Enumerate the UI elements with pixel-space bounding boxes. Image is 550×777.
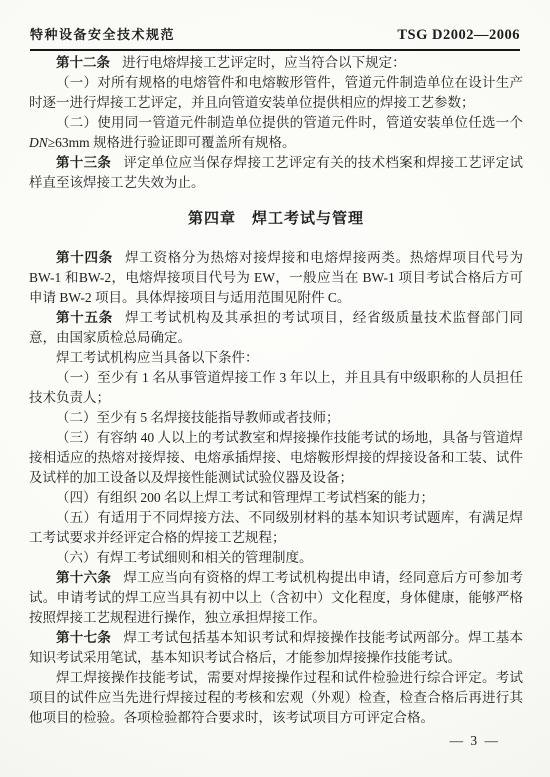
paragraph: 第十三条评定单位应当保存焊接工艺评定有关的技术档案和焊接工艺评定试样直至该焊接工… <box>29 153 523 193</box>
paragraph: （五）有适用于不同焊接方法、不同级别材料的基本知识考试题库，有满足焊工考试要求并… <box>29 508 523 548</box>
term-italic: DN <box>29 135 48 150</box>
text-run: （四）有组织 200 名以上焊工考试和管理焊工考试档案的能力； <box>56 490 434 505</box>
text-run: （二）至少有 5 名焊接技能指导教师或者技师； <box>56 410 340 425</box>
paragraph: （一）对所有规格的电熔管件和电熔鞍形管件，管道元件制造单位在设计生产时逐一进行焊… <box>29 73 523 113</box>
paragraph: （三）有容纳 40 人以上的考试教室和焊接操作技能考试的场地，具备与管道焊接相适… <box>29 428 523 488</box>
article-number: 第十六条 <box>56 570 111 585</box>
header-standard-code: TSG D2002—2006 <box>397 27 520 44</box>
article-number: 第十三条 <box>56 155 111 170</box>
paragraph: 第十五条焊工考试机构及其承担的考试项目，经省级质量技术监督部门同意，由国家质检总… <box>29 308 523 348</box>
paragraph: 焊工焊接操作技能考试，需要对焊接操作过程和试件检验进行综合评定。考试项目的试件应… <box>29 668 523 728</box>
paragraph: （四）有组织 200 名以上焊工考试和管理焊工考试档案的能力； <box>29 488 523 508</box>
text-run: 焊工考试机构应当具备以下条件： <box>56 350 259 365</box>
paragraph: 第十六条焊工应当向有资格的焊工考试机构提出申请，经同意后方可参加考试。申请考试的… <box>29 568 523 628</box>
paragraph: 第十七条焊工考试包括基本知识考试和焊接操作技能考试两部分。焊工基本知识考试采用笔… <box>29 628 523 668</box>
page-number: — 3 — <box>450 733 501 749</box>
article-number: 第十二条 <box>56 55 110 70</box>
text-run: 焊工焊接操作技能考试，需要对焊接操作过程和试件检验进行综合评定。考试项目的试件应… <box>29 670 523 725</box>
article-number: 第十五条 <box>56 310 113 325</box>
paragraph: （一）至少有 1 名从事管道焊接工作 3 年以上，并且具有中级职称的人员担任技术… <box>29 368 523 408</box>
article-number: 第十四条 <box>56 250 113 265</box>
header-title: 特种设备安全技术规范 <box>30 24 175 43</box>
text-run: （五）有适用于不同焊接方法、不同级别材料的基本知识考试题库，有满足焊工考试要求并… <box>29 510 523 545</box>
text-run: （一）对所有规格的电熔管件和电熔鞍形管件，管道元件制造单位在设计生产时逐一进行焊… <box>29 75 523 110</box>
text-run: 进行电熔焊接工艺评定时，应当符合以下规定： <box>122 55 406 70</box>
paragraph: （二）使用同一管道元件制造单位提供的管道元件时，管道安装单位任选一个 DN≥63… <box>29 113 523 153</box>
paragraph: 焊工考试机构应当具备以下条件： <box>29 348 523 368</box>
text-run: （六）有焊工考试细则和相关的管理制度。 <box>56 550 313 565</box>
text-run: （二）使用同一管道元件制造单位提供的管道元件时，管道安装单位任选一个 <box>56 115 523 130</box>
text-run: （三）有容纳 40 人以上的考试教室和焊接操作技能考试的场地，具备与管道焊接相适… <box>29 430 523 485</box>
paragraph: 第十四条焊工资格分为热熔对接焊接和电熔焊接两类。热熔焊项目代号为 BW-1 和B… <box>29 248 523 308</box>
paragraph: 第十二条进行电熔焊接工艺评定时，应当符合以下规定： <box>29 53 523 73</box>
document-page: 特种设备安全技术规范 TSG D2002—2006 第十二条进行电熔焊接工艺评定… <box>0 0 550 777</box>
document-body: 第十二条进行电熔焊接工艺评定时，应当符合以下规定：（一）对所有规格的电熔管件和电… <box>29 53 523 728</box>
paragraph: （二）至少有 5 名焊接技能指导教师或者技师； <box>29 408 523 428</box>
chapter-heading: 第四章 焊工考试与管理 <box>29 208 523 230</box>
page-header: 特种设备安全技术规范 TSG D2002—2006 <box>30 24 520 51</box>
paragraph: （六）有焊工考试细则和相关的管理制度。 <box>29 548 523 568</box>
article-number: 第十七条 <box>56 630 111 645</box>
text-run: ≥63mm 规格进行验证即可覆盖所有规格。 <box>48 135 296 150</box>
text-run: （一）至少有 1 名从事管道焊接工作 3 年以上，并且具有中级职称的人员担任技术… <box>29 370 523 405</box>
